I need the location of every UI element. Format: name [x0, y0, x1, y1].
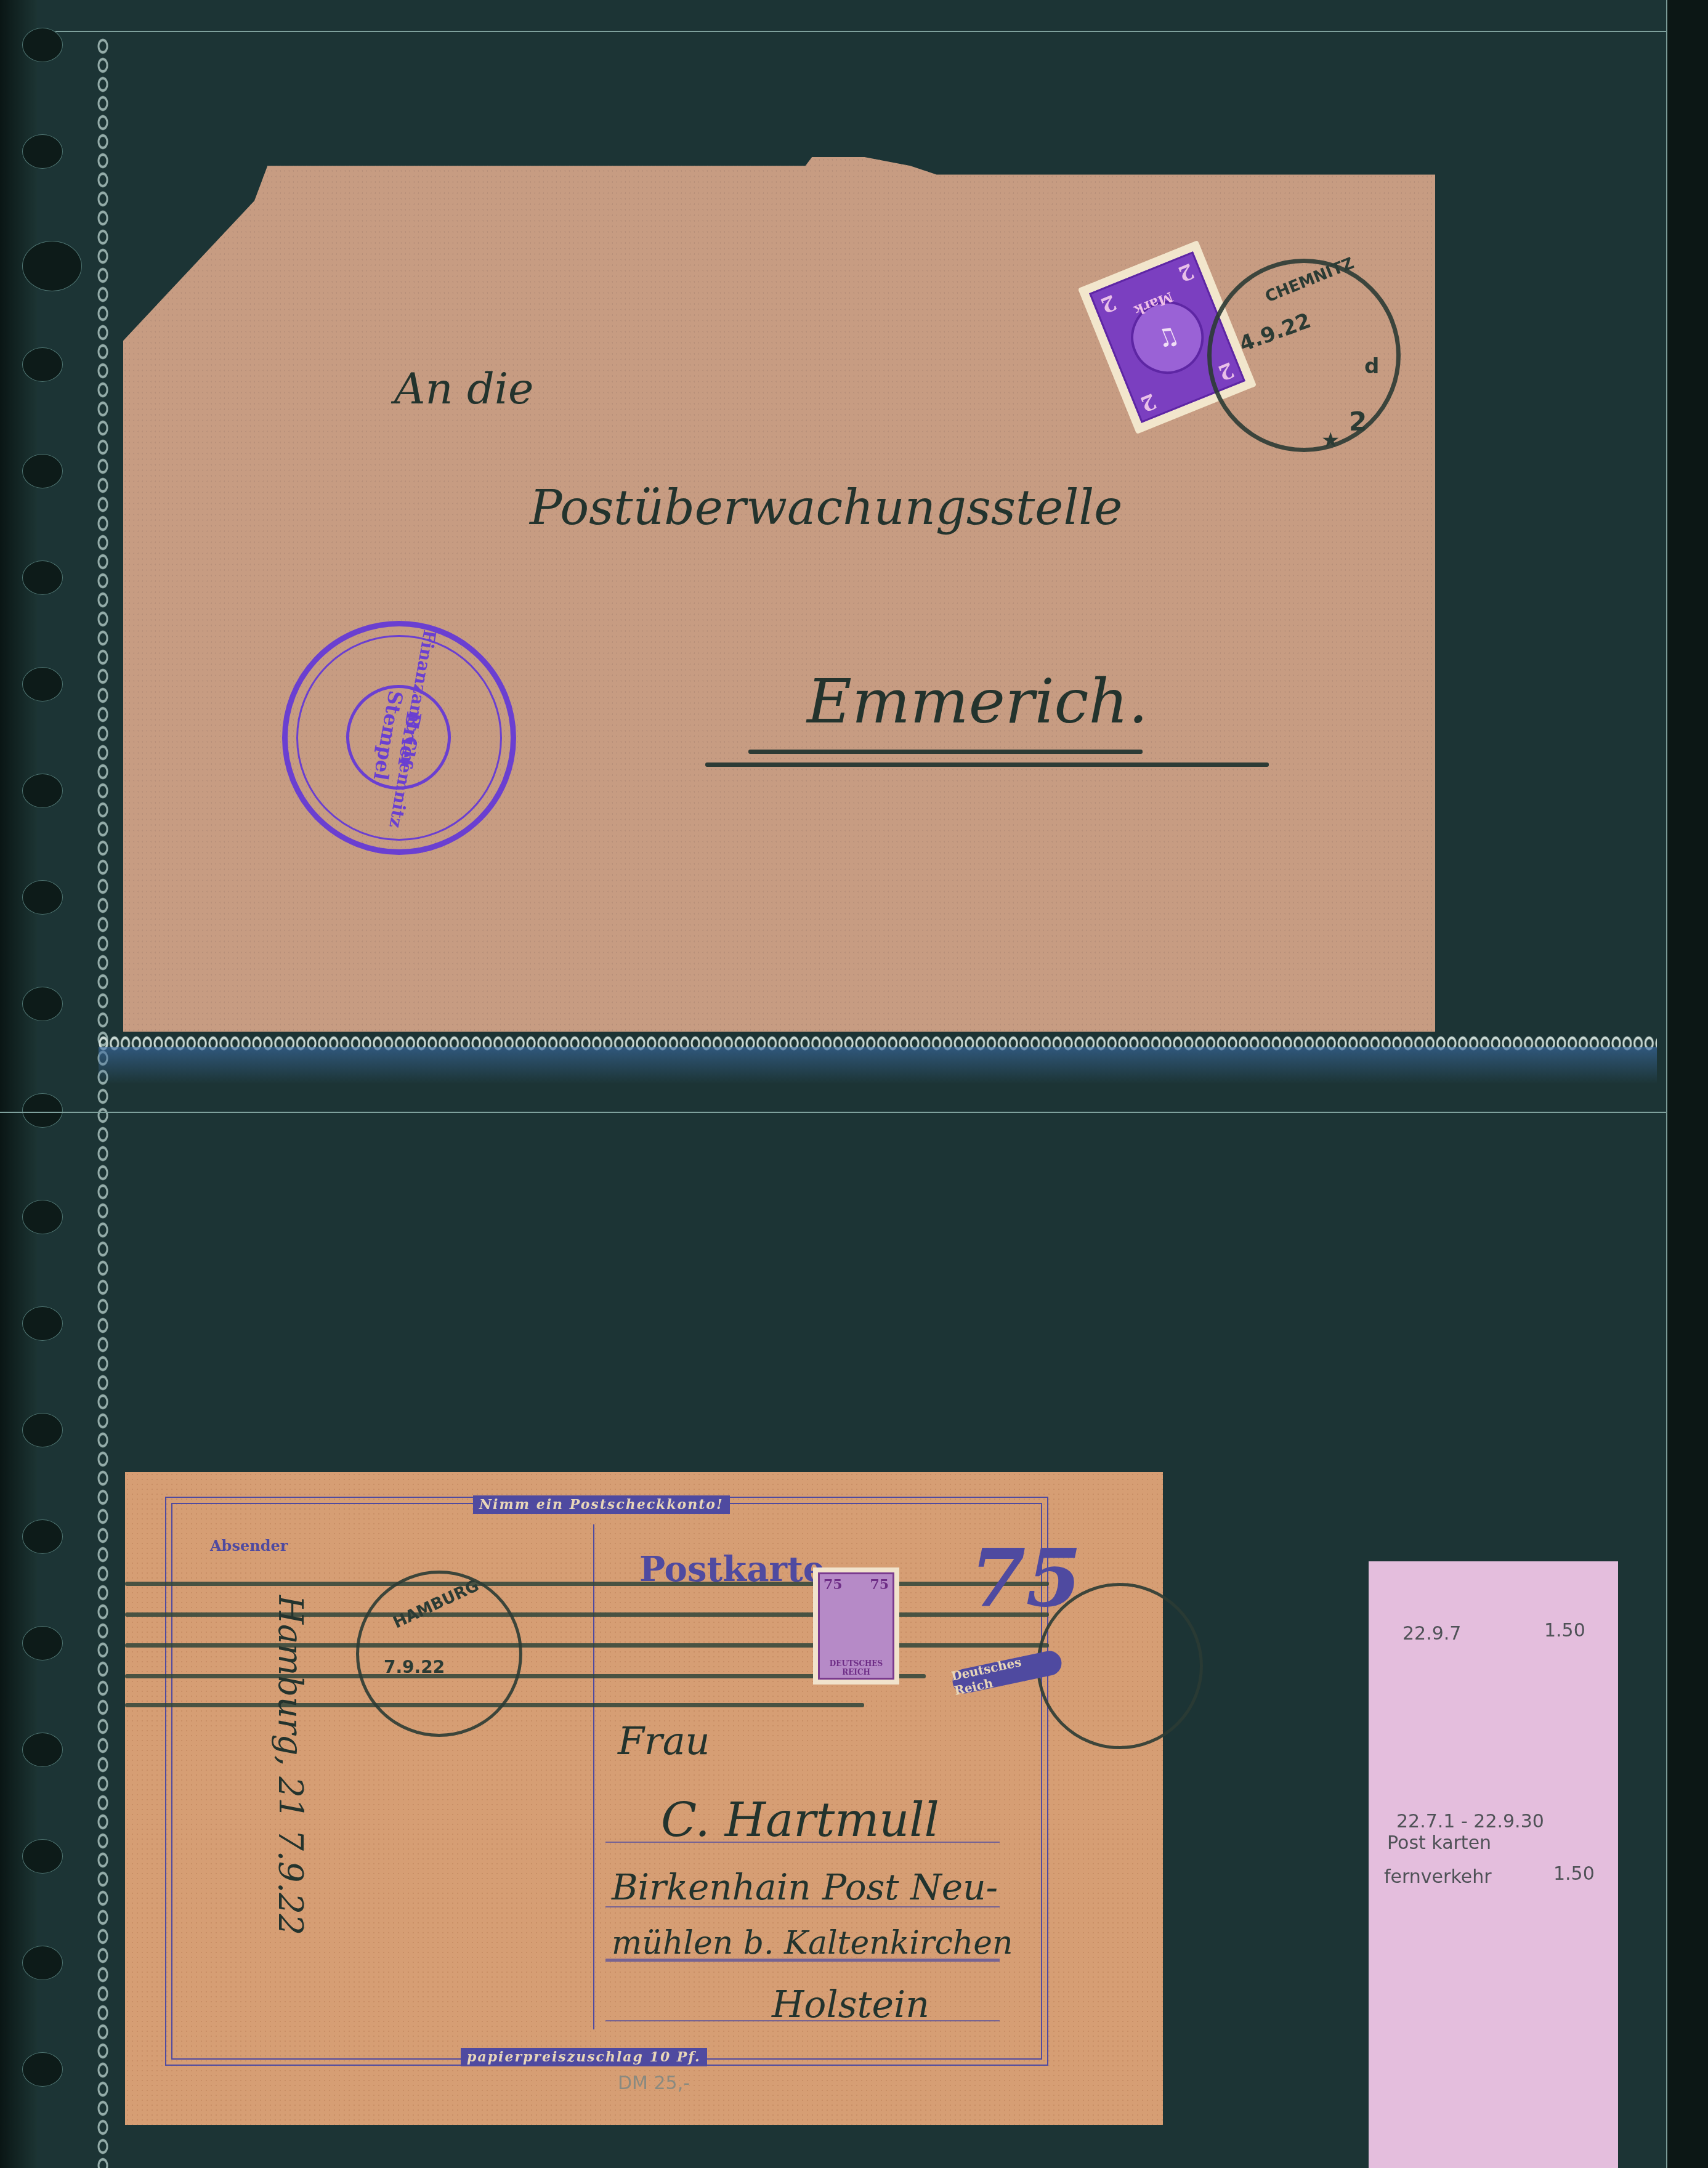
address-line-city: Emmerich.	[807, 665, 1148, 737]
binder-hole	[22, 1946, 63, 1980]
sender-label: Absender	[210, 1537, 288, 1555]
sleeve-glare	[99, 1047, 1657, 1084]
indicium-value: 75	[970, 1531, 1082, 1625]
message-header: Hamburg, 21 7.9.22	[271, 1595, 310, 1935]
binder-hole	[22, 2052, 63, 2087]
stamp-value: 2	[1137, 388, 1160, 416]
note-price: 1.50	[1544, 1620, 1585, 1641]
stamp-value: 75	[870, 1577, 889, 1593]
binder-hole	[22, 1306, 63, 1341]
postmark-date: 7.9.22	[384, 1657, 445, 1677]
postcard-divider	[593, 1524, 594, 2029]
postmark-letter: d	[1364, 354, 1379, 379]
note-price-2: 1.50	[1553, 1863, 1595, 1885]
bottom-banner: papierpreiszuschlag 10 Pf.	[461, 2048, 707, 2066]
city-underline	[748, 750, 1143, 754]
binder-hole	[22, 667, 63, 702]
binder-hole	[22, 241, 82, 291]
album-page-edge	[1666, 0, 1708, 2168]
binder-hole	[22, 774, 63, 808]
binder-hole	[22, 1519, 63, 1554]
indicium-ribbon: Deutsches Reich	[950, 1649, 1064, 1696]
postmark-office: 2	[1349, 407, 1367, 437]
binder-hole	[22, 880, 63, 915]
binder-hole	[22, 1093, 63, 1128]
machine-cancel-line	[125, 1612, 1049, 1617]
address-line-recipient: Postüberwachungsstelle	[530, 480, 1122, 536]
top-banner: Nimm ein Postscheckkonto!	[473, 1495, 730, 1514]
binder-hole	[22, 987, 63, 1021]
binder-hole	[22, 1839, 63, 1874]
note-subcategory: fernverkehr	[1384, 1866, 1492, 1888]
note-date: 22.9.7	[1402, 1623, 1461, 1644]
sleeve-divider	[0, 1112, 1666, 1113]
sleeve-top-edge	[55, 31, 1666, 32]
binder-hole	[22, 134, 63, 169]
address-line: Birkenhain Post Neu-	[612, 1866, 998, 1908]
binder-hole	[22, 454, 63, 488]
price-note: 22.9.7 1.50 22.7.1 - 22.9.30 Post karten…	[1369, 1561, 1618, 2168]
binder-hole	[22, 1626, 63, 1660]
address-line: Holstein	[772, 1983, 929, 2026]
binder-hole	[22, 1413, 63, 1447]
pencil-price: DM 25,-	[618, 2073, 690, 2094]
binder-hole	[22, 1733, 63, 1767]
note-period: 22.7.1 - 22.9.30	[1396, 1811, 1544, 1832]
stamp-country: DEUTSCHES REICH	[820, 1659, 892, 1677]
machine-cancel-line	[125, 1643, 1049, 1648]
binder-hole	[22, 560, 63, 595]
stamp-value: 75	[824, 1577, 843, 1593]
note-category: Post karten	[1387, 1832, 1491, 1854]
album-page: An die Postüberwachungsstelle Emmerich. …	[0, 0, 1708, 2168]
star-icon: ★	[1321, 428, 1340, 453]
official-seal: Brief Stempel Finanzamt Chemnitz	[282, 621, 516, 855]
binder-hole	[22, 1200, 63, 1234]
address-line: C. Hartmull	[661, 1792, 939, 1847]
binder-hole	[22, 28, 63, 62]
sleeve-weld-vertical	[97, 37, 108, 2168]
binder-hole	[22, 347, 63, 382]
address-line: mühlen b. Kaltenkirchen	[612, 1925, 1013, 1962]
city-underline-long	[705, 762, 1269, 767]
address-line: Frau	[618, 1718, 710, 1763]
germania-stamp-75: 75 75 DEUTSCHES REICH	[813, 1567, 899, 1685]
machine-cancel-line	[125, 1674, 926, 1678]
printed-indicium-75: 75 Deutsches Reich	[945, 1524, 1069, 1697]
machine-cancel-line	[125, 1582, 1049, 1586]
address-line-an-die: An die	[394, 363, 534, 414]
